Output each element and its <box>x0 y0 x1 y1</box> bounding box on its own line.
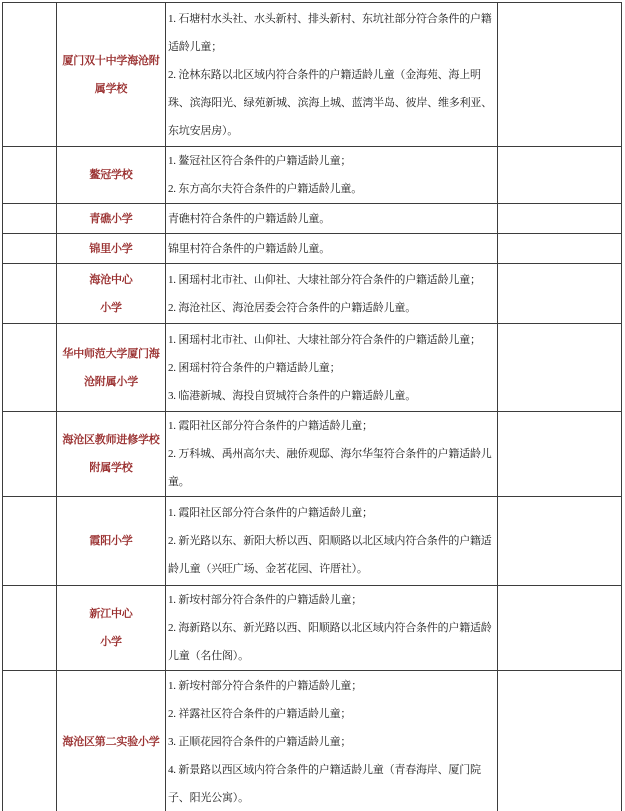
school-name-line: 厦门双十中学海沧附 <box>57 47 165 75</box>
table-row: 锦里小学 锦里村符合条件的户籍适龄儿童。 <box>3 234 622 264</box>
notes-cell <box>498 204 622 234</box>
scope-cell: 1. 囷瑶村北市社、山仰社、大埭社部分符合条件的户籍适龄儿童； 2. 海沧社区、… <box>166 264 498 324</box>
scope-cell: 锦里村符合条件的户籍适龄儿童。 <box>166 234 498 264</box>
school-name-cell: 华中师范大学厦门海 沧附属小学 <box>57 324 166 412</box>
table-row: 海沧区第二实验小学 1. 新垵村部分符合条件的户籍适龄儿童； 2. 祥露社区符合… <box>3 671 622 811</box>
school-name-cell: 锦里小学 <box>57 234 166 264</box>
school-name-line: 青礁小学 <box>57 205 165 233</box>
scope-item: 青礁村符合条件的户籍适龄儿童。 <box>168 205 495 233</box>
index-cell <box>3 147 57 204</box>
school-name-line: 沧附属小学 <box>57 368 165 396</box>
table-row: 青礁小学 青礁村符合条件的户籍适龄儿童。 <box>3 204 622 234</box>
scope-cell: 1. 囷瑶村北市社、山仰社、大埭社部分符合条件的户籍适龄儿童； 2. 囷瑶村符合… <box>166 324 498 412</box>
school-name-line: 锦里小学 <box>57 235 165 263</box>
scope-item: 2. 囷瑶村符合条件的户籍适龄儿童； <box>168 354 495 382</box>
school-name-cell: 厦门双十中学海沧附 属学校 <box>57 3 166 147</box>
notes-cell <box>498 234 622 264</box>
scope-item: 1. 鳌冠社区符合条件的户籍适龄儿童； <box>168 147 495 175</box>
school-name-line: 附属学校 <box>57 454 165 482</box>
notes-cell <box>498 147 622 204</box>
scope-item: 1. 新垵村部分符合条件的户籍适龄儿童； <box>168 586 495 614</box>
school-name-line: 海沧区教师进修学校 <box>57 426 165 454</box>
scope-item: 1. 囷瑶村北市社、山仰社、大埭社部分符合条件的户籍适龄儿童； <box>168 266 495 294</box>
index-cell <box>3 324 57 412</box>
scope-item: 2. 祥露社区符合条件的户籍适龄儿童； <box>168 700 495 728</box>
scope-item: 2. 新光路以东、新阳大桥以西、阳顺路以北区域内符合条件的户籍适龄儿童（兴旺广场… <box>168 527 495 583</box>
table-row: 霞阳小学 1. 霞阳社区部分符合条件的户籍适龄儿童； 2. 新光路以东、新阳大桥… <box>3 497 622 586</box>
scope-item: 1. 霞阳社区部分符合条件的户籍适龄儿童； <box>168 499 495 527</box>
school-name-line: 小学 <box>57 294 165 322</box>
scope-cell: 青礁村符合条件的户籍适龄儿童。 <box>166 204 498 234</box>
school-name-line: 新江中心 <box>57 600 165 628</box>
school-name-line: 霞阳小学 <box>57 527 165 555</box>
scope-cell: 1. 新垵村部分符合条件的户籍适龄儿童； 2. 海新路以东、新光路以西、阳顺路以… <box>166 586 498 671</box>
school-name-cell: 新江中心 小学 <box>57 586 166 671</box>
school-name-cell: 鳌冠学校 <box>57 147 166 204</box>
table-row: 厦门双十中学海沧附 属学校 1. 石塘村水头社、水头新村、排头新村、东坑社部分符… <box>3 3 622 147</box>
index-cell <box>3 264 57 324</box>
index-cell <box>3 412 57 497</box>
table-row: 海沧区教师进修学校 附属学校 1. 霞阳社区部分符合条件的户籍适龄儿童； 2. … <box>3 412 622 497</box>
scope-item: 2. 万科城、禹州高尔夫、融侨观邸、海尔华玺符合条件的户籍适龄儿童。 <box>168 440 495 496</box>
school-name-cell: 霞阳小学 <box>57 497 166 586</box>
school-name-cell: 海沧区教师进修学校 附属学校 <box>57 412 166 497</box>
scope-item: 1. 新垵村部分符合条件的户籍适龄儿童； <box>168 672 495 700</box>
table-row: 新江中心 小学 1. 新垵村部分符合条件的户籍适龄儿童； 2. 海新路以东、新光… <box>3 586 622 671</box>
scope-cell: 1. 霞阳社区部分符合条件的户籍适龄儿童； 2. 万科城、禹州高尔夫、融侨观邸、… <box>166 412 498 497</box>
scope-cell: 1. 新垵村部分符合条件的户籍适龄儿童； 2. 祥露社区符合条件的户籍适龄儿童；… <box>166 671 498 811</box>
scope-item: 1. 石塘村水头社、水头新村、排头新村、东坑社部分符合条件的户籍适龄儿童； <box>168 5 495 61</box>
school-name-line: 小学 <box>57 628 165 656</box>
notes-cell <box>498 497 622 586</box>
school-name-line: 鳌冠学校 <box>57 161 165 189</box>
scope-item: 2. 海沧社区、海沧居委会符合条件的户籍适龄儿童。 <box>168 294 495 322</box>
school-name-line: 属学校 <box>57 75 165 103</box>
school-name-cell: 海沧中心 小学 <box>57 264 166 324</box>
scope-item: 2. 海新路以东、新光路以西、阳顺路以北区域内符合条件的户籍适龄儿童（名仕阁）。 <box>168 614 495 670</box>
index-cell <box>3 234 57 264</box>
school-name-line: 海沧中心 <box>57 266 165 294</box>
notes-cell <box>498 324 622 412</box>
index-cell <box>3 671 57 811</box>
scope-item: 3. 临港新城、海投自贸城符合条件的户籍适龄儿童。 <box>168 382 495 410</box>
notes-cell <box>498 671 622 811</box>
school-name-cell: 青礁小学 <box>57 204 166 234</box>
index-cell <box>3 204 57 234</box>
school-name-line: 华中师范大学厦门海 <box>57 340 165 368</box>
scope-cell: 1. 鳌冠社区符合条件的户籍适龄儿童； 2. 东方高尔夫符合条件的户籍适龄儿童。 <box>166 147 498 204</box>
enrollment-table: 厦门双十中学海沧附 属学校 1. 石塘村水头社、水头新村、排头新村、东坑社部分符… <box>2 2 622 811</box>
scope-item: 1. 霞阳社区部分符合条件的户籍适龄儿童； <box>168 412 495 440</box>
index-cell <box>3 3 57 147</box>
scope-item: 1. 囷瑶村北市社、山仰社、大埭社部分符合条件的户籍适龄儿童； <box>168 326 495 354</box>
scope-cell: 1. 霞阳社区部分符合条件的户籍适龄儿童； 2. 新光路以东、新阳大桥以西、阳顺… <box>166 497 498 586</box>
school-name-line: 海沧区第二实验小学 <box>57 728 165 756</box>
scope-item: 锦里村符合条件的户籍适龄儿童。 <box>168 235 495 263</box>
notes-cell <box>498 586 622 671</box>
notes-cell <box>498 264 622 324</box>
table-row: 鳌冠学校 1. 鳌冠社区符合条件的户籍适龄儿童； 2. 东方高尔夫符合条件的户籍… <box>3 147 622 204</box>
scope-item: 2. 东方高尔夫符合条件的户籍适龄儿童。 <box>168 175 495 203</box>
notes-cell <box>498 412 622 497</box>
scope-cell: 1. 石塘村水头社、水头新村、排头新村、东坑社部分符合条件的户籍适龄儿童； 2.… <box>166 3 498 147</box>
index-cell <box>3 586 57 671</box>
table-row: 海沧中心 小学 1. 囷瑶村北市社、山仰社、大埭社部分符合条件的户籍适龄儿童； … <box>3 264 622 324</box>
notes-cell <box>498 3 622 147</box>
school-name-cell: 海沧区第二实验小学 <box>57 671 166 811</box>
scope-item: 2. 沧林东路以北区域内符合条件的户籍适龄儿童（金海苑、海上明珠、滨海阳光、绿苑… <box>168 61 495 145</box>
scope-item: 4. 新景路以西区域内符合条件的户籍适龄儿童（青春海岸、厦门院子、阳光公寓）。 <box>168 756 495 811</box>
table-row: 华中师范大学厦门海 沧附属小学 1. 囷瑶村北市社、山仰社、大埭社部分符合条件的… <box>3 324 622 412</box>
index-cell <box>3 497 57 586</box>
scope-item: 3. 正顺花园符合条件的户籍适龄儿童； <box>168 728 495 756</box>
